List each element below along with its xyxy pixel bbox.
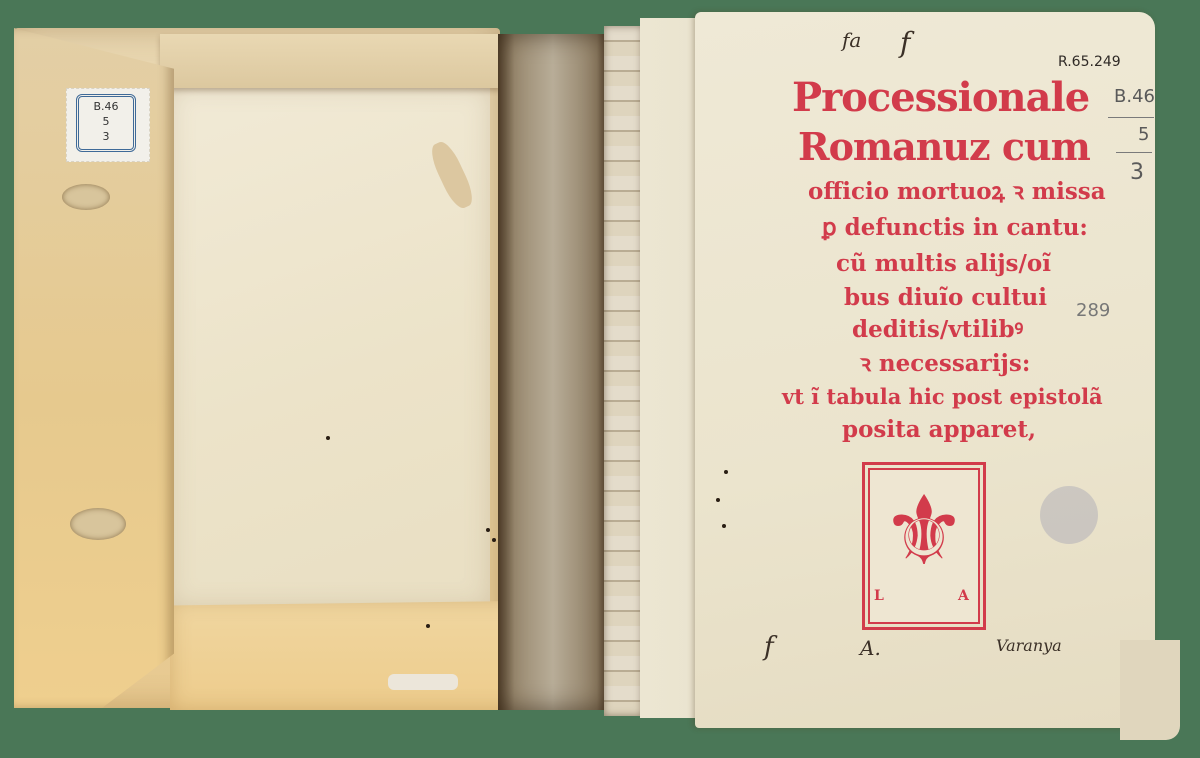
title-line-7: deditis/vtilibꝰ	[852, 318, 1023, 341]
device-initial-left: L	[874, 588, 884, 604]
title-line-8: ꝛ necessarijs:	[860, 352, 1030, 375]
shelfmark: R.65.249	[1058, 54, 1121, 70]
shelfmark-rule-1	[1108, 117, 1154, 118]
shelfmark-3: 3	[1130, 160, 1144, 185]
tie-clasp-bottom	[70, 508, 126, 540]
pencil-folio-number: 289	[1076, 300, 1110, 321]
worm-hole	[724, 470, 728, 474]
worm-hole	[426, 624, 430, 628]
worm-hole	[492, 538, 496, 542]
worm-hole	[722, 524, 726, 528]
manuscript-mark-top-right: f	[900, 26, 910, 59]
worm-hole	[716, 498, 720, 502]
shelfmark-5: 5	[1138, 124, 1149, 145]
title-line-9: vt ĩ tabula hic post epistolã	[782, 386, 1103, 407]
title-line-1: Processionale	[792, 78, 1089, 118]
shelf-label-text: B.46 5 3	[76, 94, 136, 152]
shelfmark-rule-2	[1116, 152, 1152, 153]
spine-interior	[498, 34, 608, 710]
text-block-spine	[604, 26, 642, 716]
page-corner	[1120, 640, 1180, 740]
worm-hole	[326, 436, 330, 440]
manuscript-mark-bottom-mid: A.	[860, 636, 881, 660]
top-turn-in	[160, 34, 500, 88]
title-line-3: officio mortuoꝝ ꝛ missa	[808, 180, 1106, 203]
fleur-de-lis-icon: ⚜	[878, 476, 970, 586]
title-line-4: ꝑ defunctis in cantu:	[822, 216, 1088, 239]
shelfmark-b46: B.46	[1114, 86, 1155, 107]
shelf-label-line2: 5	[79, 114, 133, 129]
title-line-10: posita apparet,	[842, 418, 1036, 441]
title-line-5: cũ multis alijs/oĩ	[836, 252, 1051, 275]
device-initial-right: A	[958, 588, 969, 604]
manuscript-mark-top-left: fa	[842, 28, 861, 52]
shelf-label-line1: B.46	[79, 99, 133, 114]
worm-hole	[486, 528, 490, 532]
manuscript-signature: Varanya	[996, 636, 1062, 655]
faded-library-stamp	[1040, 486, 1098, 544]
manuscript-mark-bottom-left: f	[764, 632, 774, 662]
shelf-label-line3: 3	[79, 129, 133, 144]
paper-fragment	[388, 674, 458, 690]
tie-clasp-top	[62, 184, 110, 210]
title-line-6: bus diuĩo cultui	[844, 286, 1047, 309]
title-line-2: Romanuz cum	[798, 128, 1090, 166]
